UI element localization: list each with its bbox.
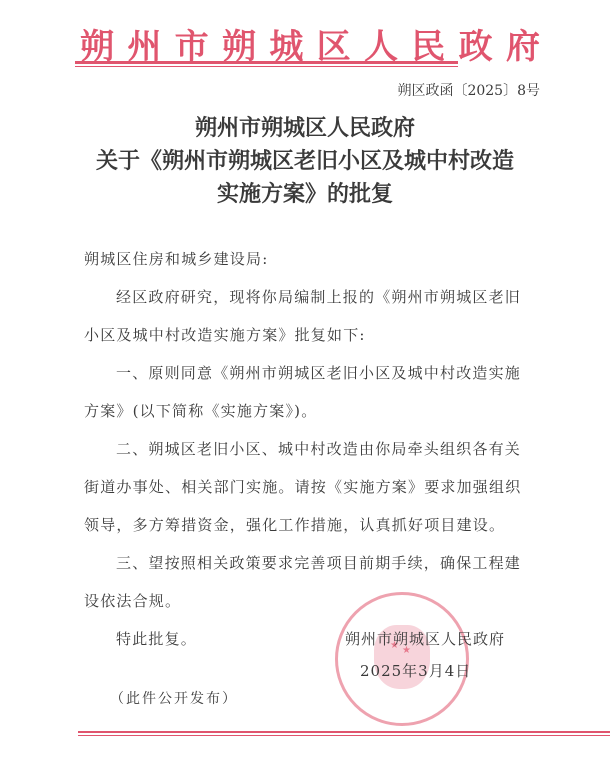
title-line-3: 实施方案》的批复 [0,178,610,211]
footer-divider-bottom [78,735,610,736]
paragraph-item-2: 二、朔城区老旧小区、城中村改造由你局牵头组织各有关街道办事处、相关部门实施。请按… [84,430,530,544]
official-seal: ★ ★ [335,592,469,726]
masthead-divider-bottom [75,66,458,67]
signature-organization: 朔州市朔城区人民政府 [345,628,505,649]
publication-note: （此件公开发布） [110,688,238,708]
footer-divider-top [78,731,610,733]
document-number: 朔区政函〔2025〕8号 [397,80,540,100]
title-line-1: 朔州市朔城区人民政府 [0,112,610,145]
addressee: 朔城区住房和城乡建设局: [84,240,530,278]
paragraph-intro: 经区政府研究，现将你局编制上报的《朔州市朔城区老旧小区及城中村改造实施方案》批复… [84,278,530,354]
masthead-char: 政 [459,19,493,68]
masthead-char: 府 [506,19,540,68]
title-line-2: 关于《朔州市朔城区老旧小区及城中村改造 [0,145,610,178]
paragraph-item-3: 三、望按照相关政策要求完善项目前期手续，确保工程建设依法合规。 [84,544,530,620]
paragraph-item-1: 一、原则同意《朔州市朔城区老旧小区及城中村改造实施方案》(以下简称《实施方案》)… [84,354,530,430]
signature-date: 2025年3月4日 [360,660,471,681]
masthead-divider-top [75,61,458,63]
